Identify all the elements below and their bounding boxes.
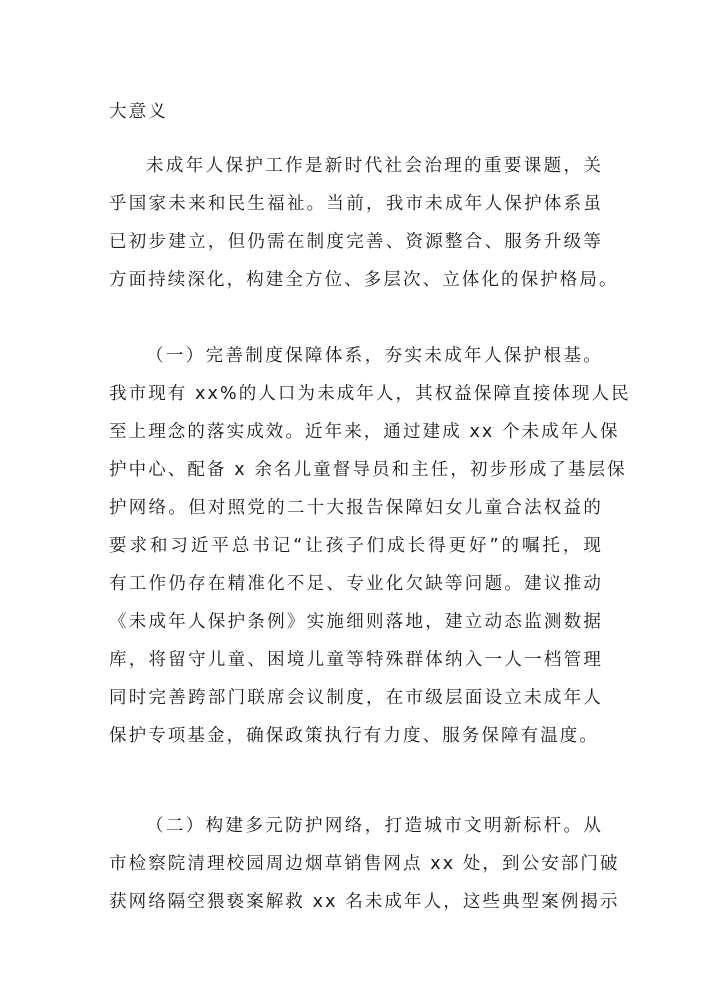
paragraph-line: 未成年人保护工作是新时代社会治理的重要课题，关: [146, 155, 603, 177]
paragraph-line: 护网络。但对照党的二十大报告保障妇女儿童合法权益的: [109, 497, 603, 519]
paragraph-line: 保护专项基金，确保政策执行有力度、服务保障有温度。: [109, 725, 603, 747]
paragraph-line: 至上理念的落实成效。近年来，通过建成 xx 个未成年人保: [109, 421, 603, 443]
paragraph-line: 方面持续深化，构建全方位、多层次、立体化的保护格局。: [109, 269, 603, 291]
paragraph-line: 乎国家未来和民生福祉。当前，我市未成年人保护体系虽: [109, 193, 603, 215]
paragraph-line: 有工作仍存在精准化不足、专业化欠缺等问题。建议推动: [109, 573, 603, 595]
paragraph-line: 市检察院清理校园周边烟草销售网点 xx 处，到公安部门破: [109, 853, 603, 875]
paragraph-line: 《未成年人保护条例》实施细则落地，建立动态监测数据: [109, 611, 603, 633]
paragraph-line: 已初步建立，但仍需在制度完善、资源整合、服务升级等: [109, 231, 603, 253]
subsection-heading: （一）完善制度保障体系，夯实未成年人保护根基。: [146, 345, 603, 367]
paragraph-line: 库，将留守儿童、困境儿童等特殊群体纳入一人一档管理: [109, 649, 603, 671]
section-heading-tail: 大意义: [109, 101, 603, 123]
paragraph-line: 护中心、配备 x 余名儿童督导员和主任，初步形成了基层保: [109, 459, 603, 481]
paragraph-line: 我市现有 xx%的人口为未成年人，其权益保障直接体现人民: [109, 383, 603, 405]
paragraph-line: 同时完善跨部门联席会议制度，在市级层面设立未成年人: [109, 687, 603, 709]
document-page: 大意义 未成年人保护工作是新时代社会治理的重要课题，关 乎国家未来和民生福祉。当…: [0, 0, 711, 1006]
paragraph-line: 获网络隔空猥亵案解救 xx 名未成年人，这些典型案例揭示: [109, 891, 603, 913]
subsection-heading: （二）构建多元防护网络，打造城市文明新标杆。从: [146, 815, 603, 837]
paragraph-line: 要求和习近平总书记“让孩子们成长得更好”的嘱托，现: [109, 535, 603, 557]
